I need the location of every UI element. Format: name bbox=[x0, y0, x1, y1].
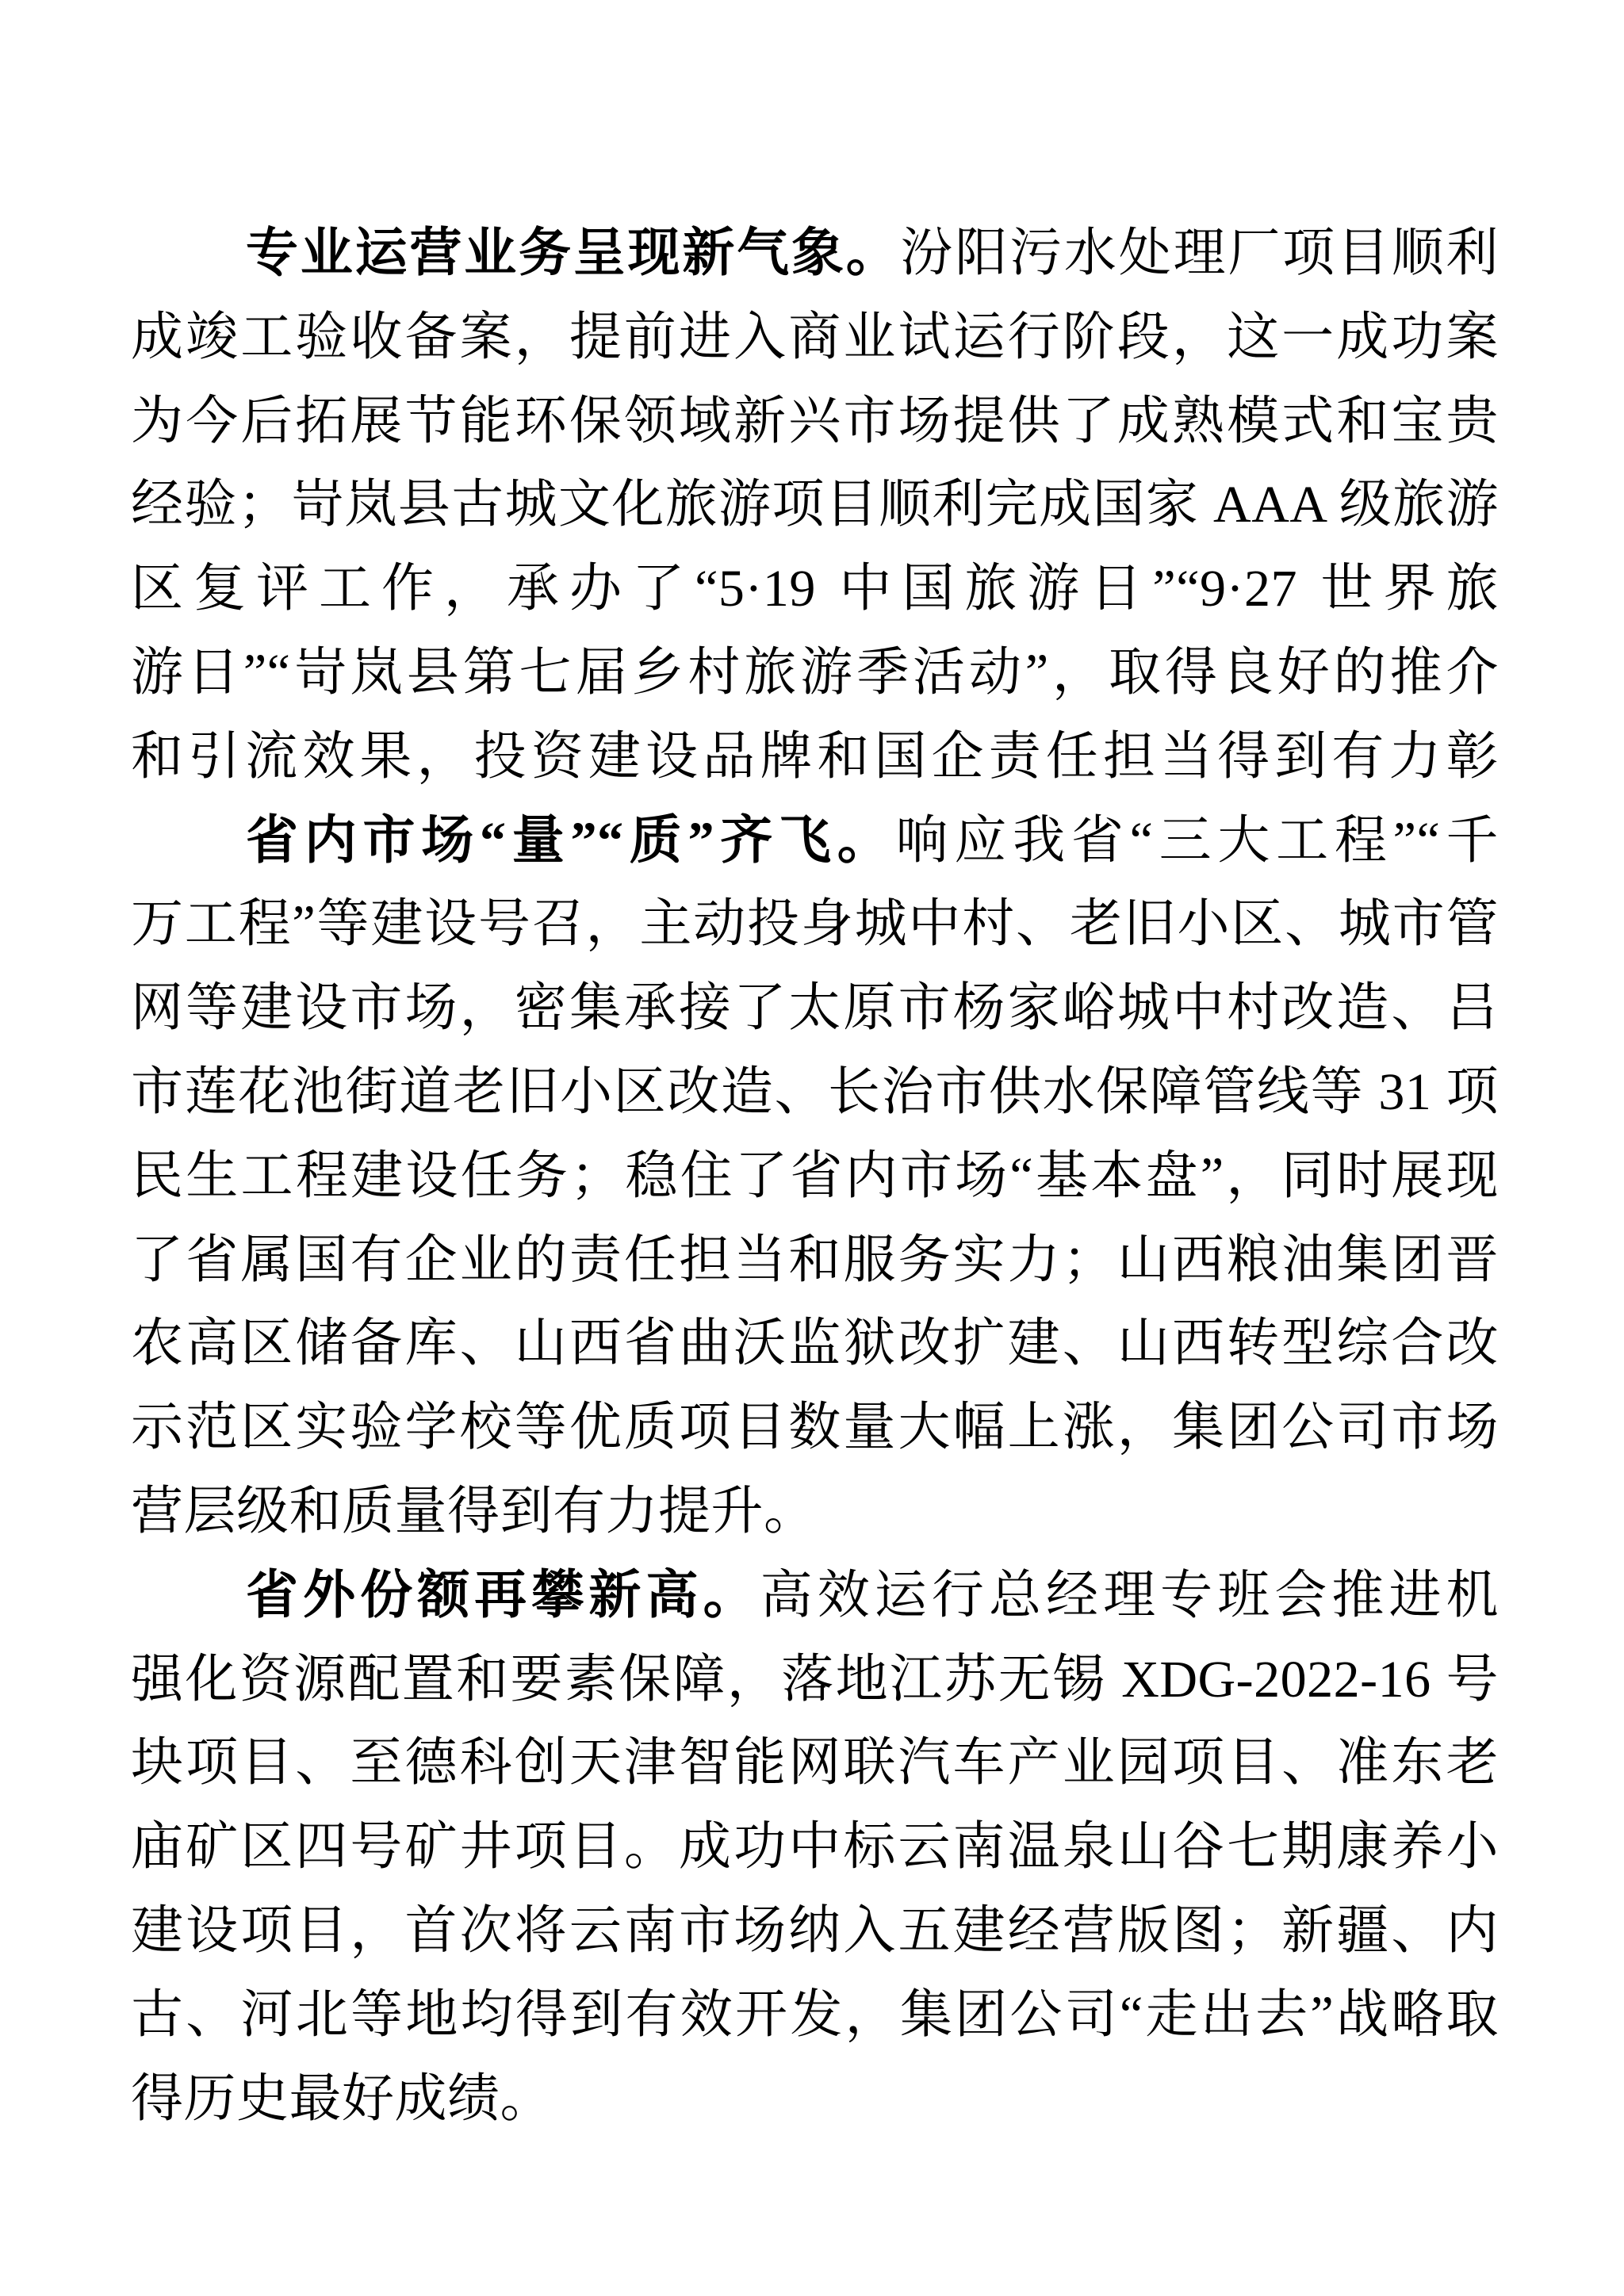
text-line: 得历史最好成绩。 bbox=[131, 2057, 1499, 2141]
text-line: 省内市场“量”“质”齐飞。响应我省“三大工程”“千 bbox=[131, 799, 1499, 883]
text-line: 示范区实验学校等优质项目数量大幅上涨，集团公司市场经 bbox=[131, 1386, 1499, 1470]
paragraph-text: 响应我省“三大工程”“千 bbox=[896, 812, 1499, 870]
text-line: 省外份额再攀新高。高效运行总经理专班会推进机制， bbox=[131, 1554, 1499, 1638]
paragraph-lead-bold: 专业运营业务呈现新气象。 bbox=[246, 224, 901, 282]
text-line: 专业运营业务呈现新气象。汾阳污水处理厂项目顺利完 bbox=[131, 212, 1499, 296]
text-line: 游日”“岢岚县第七届乡村旅游季活动”，取得良好的推介 bbox=[131, 631, 1499, 715]
text-line: 农高区储备库、山西省曲沃监狱改扩建、山西转型综合改革 bbox=[131, 1302, 1499, 1386]
paragraph: 省外份额再攀新高。高效运行总经理专班会推进机制，强化资源配置和要素保障，落地江苏… bbox=[131, 1554, 1499, 2141]
text-line: 建设项目，首次将云南市场纳入五建经营版图；新疆、内蒙 bbox=[131, 1889, 1499, 1973]
text-line: 成竣工验收备案，提前进入商业试运行阶段，这一成功案例 bbox=[131, 296, 1499, 380]
paragraph-lead-bold: 省内市场“量”“质”齐飞。 bbox=[246, 812, 896, 870]
document-page: 专业运营业务呈现新气象。汾阳污水处理厂项目顺利完成竣工验收备案，提前进入商业试运… bbox=[0, 0, 1624, 2296]
text-line: 市莲花池街道老旧小区改造、长治市供水保障管线等 31 项 bbox=[131, 1050, 1499, 1135]
text-line: 块项目、至德科创天津智能网联汽车产业园项目、准东老君 bbox=[131, 1721, 1499, 1805]
text-line: 民生工程建设任务；稳住了省内市场“基本盘”，同时展现 bbox=[131, 1135, 1499, 1219]
text-line: 经验；岢岚县古城文化旅游项目顺利完成国家 AAA 级旅游景 bbox=[131, 463, 1499, 547]
text-line: 和引流效果，投资建设品牌和国企责任担当得到有力彰显。 bbox=[131, 715, 1499, 799]
text-line: 庙矿区四号矿井项目。成功中标云南温泉山谷七期康养小区 bbox=[131, 1805, 1499, 1889]
paragraph: 专业运营业务呈现新气象。汾阳污水处理厂项目顺利完成竣工验收备案，提前进入商业试运… bbox=[131, 212, 1499, 799]
paragraph-lead-bold: 省外份额再攀新高。 bbox=[246, 1567, 760, 1624]
document-content: 专业运营业务呈现新气象。汾阳污水处理厂项目顺利完成竣工验收备案，提前进入商业试运… bbox=[131, 212, 1499, 2141]
paragraph: 省内市场“量”“质”齐飞。响应我省“三大工程”“千万工程”等建设号召，主动投身城… bbox=[131, 799, 1499, 1554]
text-line: 营层级和质量得到有力提升。 bbox=[131, 1470, 1499, 1554]
text-line: 了省属国有企业的责任担当和服务实力；山西粮油集团晋中 bbox=[131, 1219, 1499, 1303]
text-line: 万工程”等建设号召，主动投身城中村、老旧小区、城市管 bbox=[131, 882, 1499, 966]
text-line: 为今后拓展节能环保领域新兴市场提供了成熟模式和宝贵 bbox=[131, 380, 1499, 464]
text-line: 网等建设市场，密集承接了太原市杨家峪城中村改造、吕梁 bbox=[131, 966, 1499, 1050]
text-line: 古、河北等地均得到有效开发，集团公司“走出去”战略取 bbox=[131, 1973, 1499, 2057]
text-line: 区复评工作，承办了“5·19 中国旅游日”“9·27 世界旅 bbox=[131, 547, 1499, 631]
text-line: 强化资源配置和要素保障，落地江苏无锡 XDG-2022-16 号地 bbox=[131, 1638, 1499, 1722]
